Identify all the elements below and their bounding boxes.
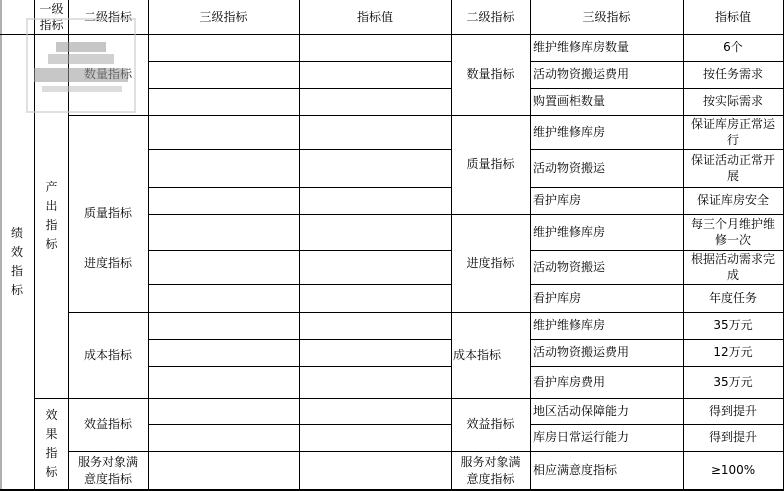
level1-char: 效: [45, 406, 57, 425]
root-header-blank: [0, 0, 35, 35]
left-level2-progress: 进度指标: [68, 214, 149, 313]
level1-char: 指: [45, 216, 57, 235]
empty-level3-cell: [148, 88, 300, 116]
header-value-right: 指标值: [683, 0, 784, 35]
level1-effect: 效 果 指 标: [34, 398, 69, 490]
empty-level3-cell: [148, 187, 300, 215]
empty-level3-cell: [148, 284, 300, 313]
value-item: 35万元: [683, 312, 784, 340]
level3-item: 维护维修库房: [530, 312, 684, 340]
empty-value-cell: [299, 424, 452, 452]
empty-level3-cell: [148, 115, 300, 150]
empty-value-cell: [299, 339, 452, 367]
level3-item: 相应满意度指标: [530, 451, 684, 490]
left-level2-benefit: 效益指标: [68, 398, 149, 452]
right-level2-quality: 质量指标: [451, 115, 531, 215]
header-level3-left: 三级指标: [148, 0, 300, 35]
level3-item: 维护维修库房: [530, 214, 684, 251]
right-level2-satisfaction: 服务对象满意度指标: [451, 451, 531, 490]
left-level2-quantity: 数量指标: [68, 34, 149, 116]
level1-char: 标: [45, 463, 57, 482]
empty-value-cell: [299, 398, 452, 425]
header-level2-left: 二级指标: [68, 0, 149, 35]
header-level2-right: 二级指标: [451, 0, 531, 35]
root-char: 效: [11, 243, 23, 262]
level3-item: 维护维修库房: [530, 115, 684, 150]
level1-char: 产: [45, 178, 57, 197]
level3-item: 活动物资搬运费用: [530, 339, 684, 367]
value-item: 根据活动需求完成: [683, 250, 784, 285]
empty-value-cell: [299, 284, 452, 313]
level1-char: 果: [45, 425, 57, 444]
empty-value-cell: [299, 366, 452, 399]
header-level1: 一级指标: [34, 0, 69, 35]
left-level2-satisfaction: 服务对象满意度指标: [68, 451, 149, 490]
value-item: 得到提升: [683, 398, 784, 425]
empty-level3-cell: [148, 214, 300, 251]
level3-item: 库房日常运行能力: [530, 424, 684, 452]
level3-item: 地区活动保障能力: [530, 398, 684, 425]
value-item: 保证活动正常开展: [683, 149, 784, 188]
level3-item: 维护维修库房数量: [530, 34, 684, 62]
empty-level3-cell: [148, 398, 300, 425]
empty-level3-cell: [148, 366, 300, 399]
value-item: 按实际需求: [683, 88, 784, 116]
level1-char: 出: [45, 197, 57, 216]
empty-level3-cell: [148, 339, 300, 367]
empty-level3-cell: [148, 34, 300, 62]
level3-item: 活动物资搬运: [530, 149, 684, 188]
empty-value-cell: [299, 214, 452, 251]
value-item: 按任务需求: [683, 61, 784, 89]
spacer: [68, 115, 149, 215]
right-level2-benefit: 效益指标: [451, 398, 531, 452]
root-char: 标: [11, 281, 23, 300]
empty-level3-cell: [148, 424, 300, 452]
level3-item: 购置画柜数量: [530, 88, 684, 116]
right-level2-progress: 进度指标: [451, 214, 531, 313]
level3-item: 看护库房: [530, 284, 684, 313]
empty-level3-cell: [148, 250, 300, 285]
right-level2-cost: 成本指标: [451, 312, 531, 399]
left-level2-cost: 成本指标: [68, 312, 149, 399]
value-item: 保证库房正常运行: [683, 115, 784, 150]
level3-item: 看护库房费用: [530, 366, 684, 399]
empty-value-cell: [299, 34, 452, 62]
header-value-left: 指标值: [299, 0, 452, 35]
right-level2-quantity: 数量指标: [451, 34, 531, 116]
empty-value-cell: [299, 88, 452, 116]
level3-item: 看护库房: [530, 187, 684, 215]
value-item: 得到提升: [683, 424, 784, 452]
empty-value-cell: [299, 312, 452, 340]
empty-value-cell: [299, 149, 452, 188]
empty-level3-cell: [148, 312, 300, 340]
empty-value-cell: [299, 115, 452, 150]
empty-value-cell: [299, 451, 452, 491]
value-item: 6个: [683, 34, 784, 62]
empty-level3-cell: [148, 149, 300, 188]
root-label: 绩 效 指 标: [0, 34, 35, 490]
empty-level3-cell: [148, 61, 300, 89]
value-item: 12万元: [683, 339, 784, 367]
level3-item: 活动物资搬运费用: [530, 61, 684, 89]
level3-item: 活动物资搬运: [530, 250, 684, 285]
root-char: 指: [11, 262, 23, 281]
header-level3-right: 三级指标: [530, 0, 684, 35]
value-item: 年度任务: [683, 284, 784, 313]
level1-char: 标: [45, 235, 57, 254]
value-item: 保证库房安全: [683, 187, 784, 215]
value-item: ≥100%: [683, 451, 784, 490]
root-char: 绩: [11, 224, 23, 243]
empty-value-cell: [299, 187, 452, 215]
level1-output: 产 出 指 标: [34, 34, 69, 399]
value-item: 35万元: [683, 366, 784, 399]
empty-value-cell: [299, 61, 452, 89]
empty-level3-cell: [148, 451, 300, 491]
empty-value-cell: [299, 250, 452, 285]
value-item: 每三个月维护维修一次: [683, 214, 784, 251]
level1-char: 指: [45, 444, 57, 463]
